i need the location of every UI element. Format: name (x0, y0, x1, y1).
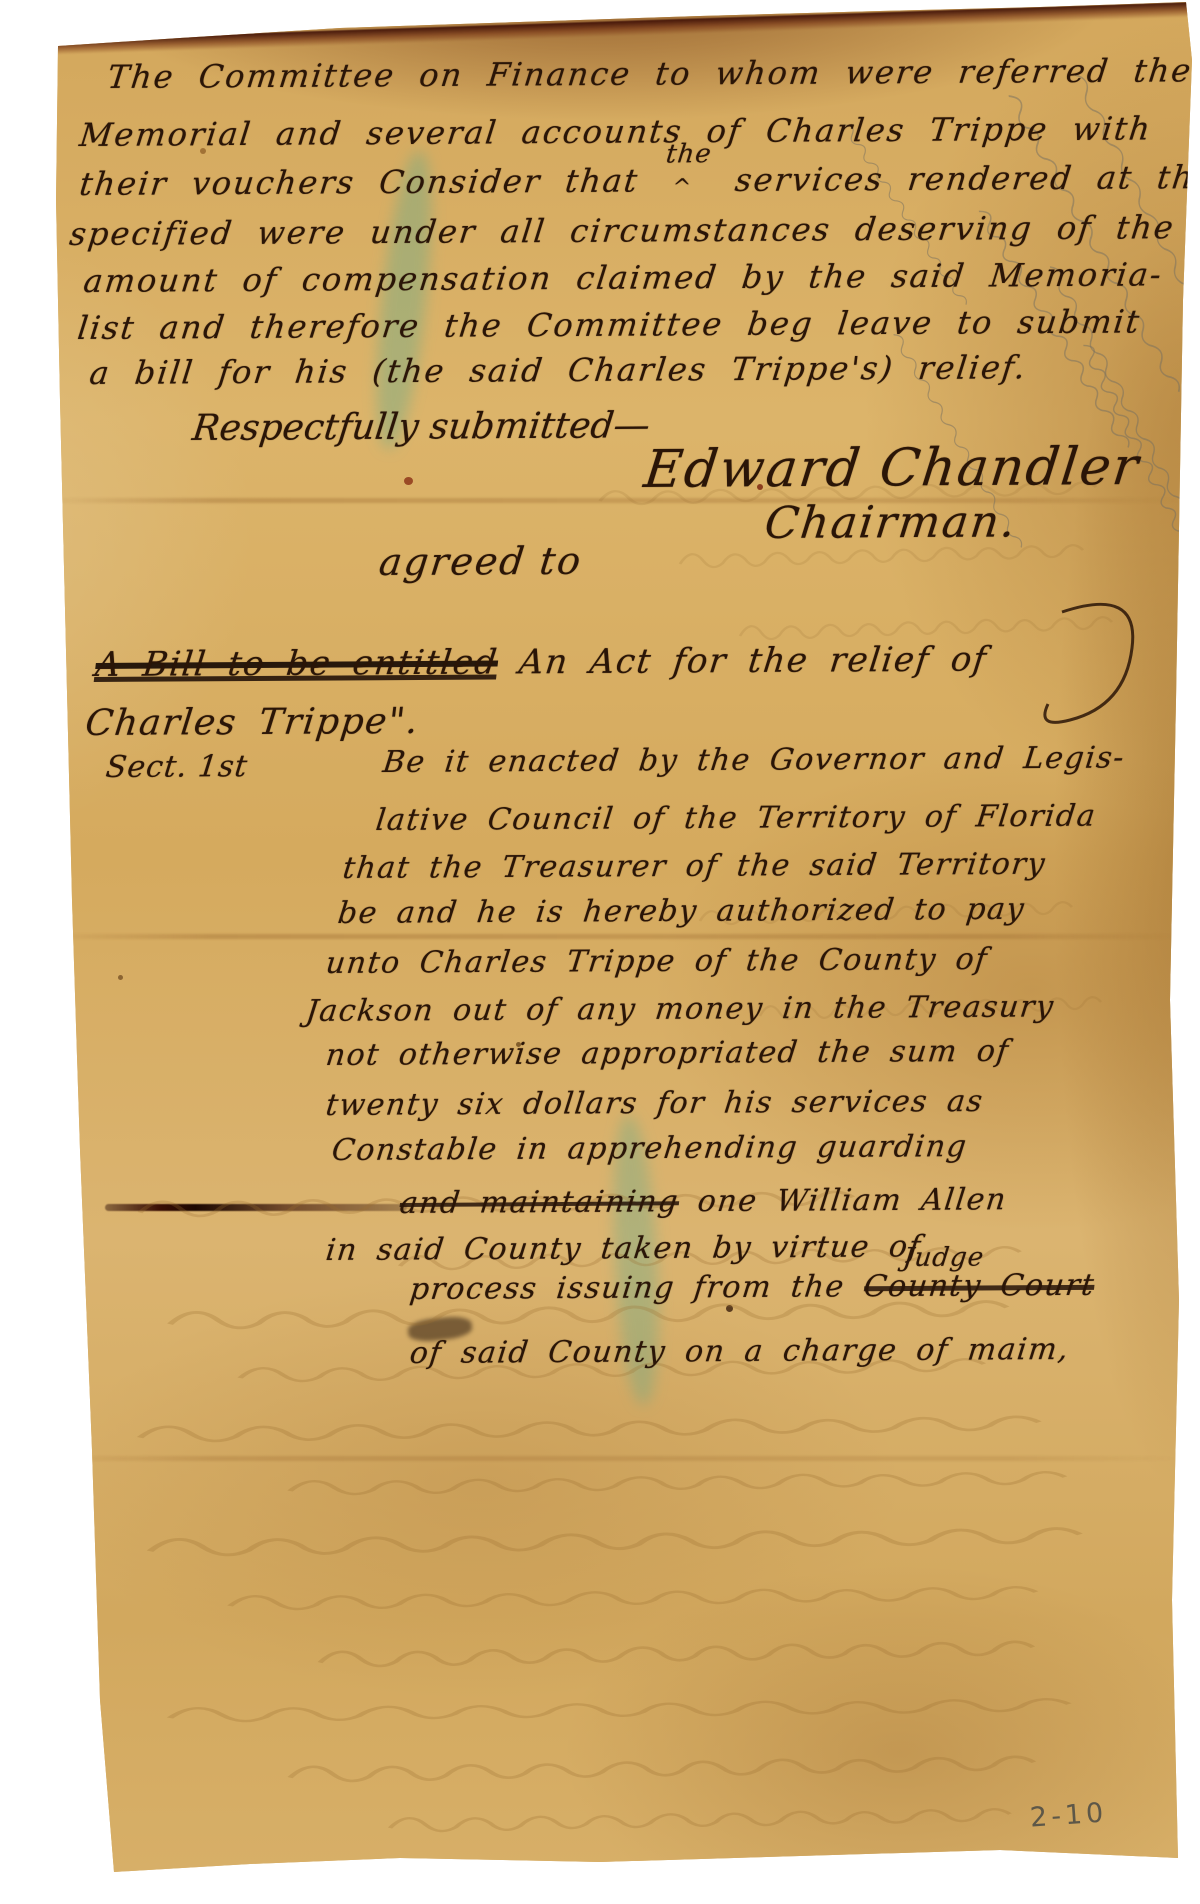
bill-body-line: in said County taken by virtue of (324, 1229, 923, 1268)
signature: Edward Chandler (641, 437, 1143, 500)
paper-speck (118, 975, 123, 980)
bill-heading: A Bill to be entitled An Act for the rel… (93, 640, 989, 685)
bill-body-line: unto Charles Trippe of the County of (324, 942, 990, 981)
report-line-text: services rendered at the time (733, 157, 1200, 199)
struck-text: County Court (862, 1268, 1097, 1304)
bill-body-line: twenty six dollars for his services as (324, 1084, 986, 1123)
report-line: list and therefore the Committee beg lea… (76, 303, 1143, 347)
burnt-top-edge (0, 0, 1200, 57)
bill-body-line-with-strike: process issuing from the County Court (408, 1268, 1097, 1307)
manuscript-paper: The Committee on Finance to whom were re… (0, 0, 1200, 1904)
caret-mark: ^ (671, 175, 694, 200)
ink-speck (404, 477, 413, 485)
inserted-word-text: the (664, 139, 713, 169)
bill-body-line: Constable in apprehending guarding (330, 1129, 969, 1168)
bill-body-line-with-strike: and maintaining one William Allen (398, 1182, 1009, 1221)
report-line: amount of compensation claimed by the sa… (82, 255, 1165, 300)
archival-page-number: 2-10 (1029, 1797, 1108, 1833)
approval-note: agreed to (377, 539, 585, 584)
inserted-word: the ^ (662, 183, 711, 191)
bill-heading-text: An Act for the relief of (517, 640, 990, 683)
report-line-with-insertion: their vouchers Consider that the ^ servi… (78, 157, 1200, 203)
report-line: a bill for his (the said Charles Trippe'… (88, 348, 1030, 392)
bill-body-line: that the Treasurer of the said Territory (341, 847, 1048, 886)
section-label: Sect. 1st (104, 749, 250, 785)
report-line: The Committee on Finance to whom were re… (106, 51, 1195, 96)
fold-crease (40, 1456, 1180, 1461)
bill-heading-line2: Charles Trippe". (83, 701, 421, 744)
report-line-text: their vouchers Consider that (78, 162, 642, 203)
signature-flourish (1045, 604, 1133, 722)
bill-body-line: be and he is hereby authorized to pay (336, 892, 1027, 931)
bill-body-line: of said County on a charge of maim, (408, 1332, 1071, 1371)
fold-crease (40, 934, 1180, 939)
strikeout-dash (105, 1204, 407, 1211)
bill-body-line: lative Council of the Territory of Flori… (374, 799, 1098, 838)
signature-title: Chairman. (762, 496, 1020, 549)
bill-heading-struck-text: A Bill to be entitled (93, 643, 500, 685)
bill-body-line: Be it enacted by the Governor and Legis- (381, 740, 1127, 780)
scanned-document-page: The Committee on Finance to whom were re… (0, 0, 1200, 1904)
report-line: Memorial and several accounts of Charles… (78, 109, 1154, 154)
bill-body-text: process issuing from the (408, 1269, 847, 1307)
bill-body-line: Jackson out of any money in the Treasury (304, 989, 1056, 1029)
closing-line: Respectfully submitted— (190, 405, 652, 449)
struck-text: and maintaining (398, 1184, 681, 1221)
report-line: specified were under all circumstances d… (68, 208, 1178, 253)
inserted-word-judge: Judge (901, 1243, 985, 1273)
bill-body-line: not otherwise appropriated the sum of (324, 1034, 1011, 1073)
ink-speck (726, 1305, 733, 1312)
bill-body-text: one William Allen (696, 1182, 1009, 1219)
